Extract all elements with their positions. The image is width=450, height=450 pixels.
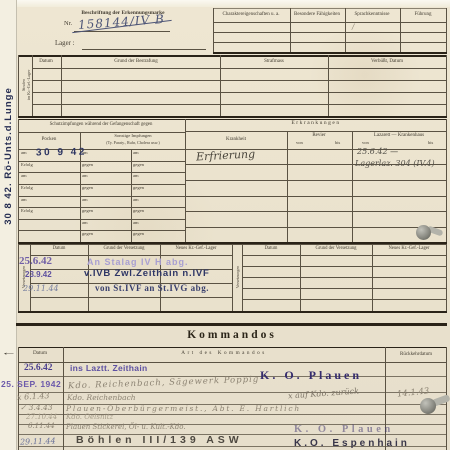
impf-cell-am: am <box>133 198 139 203</box>
versetz-l-header-grund: Grund der Versetzung <box>103 247 144 252</box>
rule <box>32 80 446 81</box>
strafen-side-label: Strafen im Kr.-Gef.-Lager <box>21 56 31 114</box>
kdo-header-datum: Datum <box>33 351 47 356</box>
kdo-row-stamp: K. O. Plauen <box>294 424 394 435</box>
rule <box>328 55 329 116</box>
rule <box>446 119 447 242</box>
versetz-r-header-neues: Neues Kr.-Gef.-Lager <box>389 247 430 252</box>
traits-header-sprachen: Sprachkenntnisse <box>355 12 390 17</box>
strafen-header-strafmass: Strafmass <box>264 59 284 64</box>
rule <box>400 8 401 52</box>
impf-cell-gegen: gegen <box>82 163 93 168</box>
rule <box>213 8 446 9</box>
fastener-pin <box>416 225 431 240</box>
rule <box>18 119 447 120</box>
kdo-row-text: Kdo. Reichenbach, Sägewerk Pöppig <box>68 375 260 392</box>
traits-header-charakter: Charaktereigenschaften u. a. <box>223 12 280 17</box>
kdo-row-text: ins Laztt. Zeithain <box>70 363 147 373</box>
rule <box>18 184 185 185</box>
kdo-row-text: Plauen Stickerei, Öl- u. Kult.-Kdo. <box>66 423 186 431</box>
erkr-entry-lazarett-1: 25.6.42 — <box>357 147 398 156</box>
impf-cell-am: am <box>82 174 88 179</box>
kdo-header-rueckkehr: Rückkehrdatum <box>400 352 432 357</box>
rule <box>213 22 446 23</box>
impf-cell-am: am <box>133 221 139 226</box>
erkr-entry-krankheit: Erfrierung <box>196 147 256 163</box>
impf-cell-am: am <box>21 174 27 179</box>
rule <box>300 244 301 311</box>
rule <box>213 52 447 54</box>
impf-cell-gegen: gegen <box>82 232 93 237</box>
top-edge <box>0 0 450 7</box>
rule <box>32 55 33 116</box>
impf-cell-am: am <box>133 174 139 179</box>
versetz-r-header-grund: Grund der Versetzung <box>315 247 356 252</box>
erkr-lazarett-von: von <box>362 141 369 146</box>
rule <box>32 104 446 105</box>
rule <box>213 32 446 33</box>
erkr-header-krankheit: Krankheit <box>226 137 246 142</box>
lager-label: Lager : <box>55 40 74 47</box>
erkr-revier-bis: bis <box>335 141 340 146</box>
kdo-row-text: Plauen-Oberbürgermeist., Abt. E. Hartlic… <box>66 404 301 413</box>
rule <box>220 55 221 116</box>
rule <box>242 244 243 311</box>
rule <box>18 230 185 231</box>
kdo-row-date: 25. SEP. 1942 <box>1 379 61 389</box>
pocken-date-stamp: 30 9 42 <box>36 147 87 159</box>
kdo-row-date: 6.11.44 <box>28 422 55 430</box>
rule <box>61 55 62 116</box>
impf-cell-gegen: gegen <box>133 209 144 214</box>
strafen-header-datum: Datum <box>39 59 53 64</box>
strafen-side-label-line2: im Kr.-Gef.-Lager <box>26 56 31 114</box>
versetz-l-header-neues: Neues Kr.-Gef.-Lager <box>176 247 217 252</box>
rule <box>18 207 185 208</box>
fastener-pin <box>420 398 436 414</box>
kdo-row-note: x auf Kdo. zurück <box>288 387 359 401</box>
rule <box>290 8 291 52</box>
rule <box>18 55 447 57</box>
rule <box>185 227 446 228</box>
kdo-row-text: Kdo. Reichenbach <box>67 393 136 402</box>
rule <box>18 196 185 197</box>
kdo-row-date: 25.6.42 <box>24 363 53 373</box>
versetz-entry-date: 29.11.44 <box>23 284 59 293</box>
versetzungen-side-label-right: Versetzungen <box>235 245 240 309</box>
rule <box>352 131 353 242</box>
rule <box>18 161 185 162</box>
kdo-header-art: Art des Kommandos <box>181 351 266 356</box>
rule <box>131 149 132 242</box>
rule <box>18 116 447 118</box>
rule <box>185 211 446 212</box>
impf-cell-am: am <box>21 198 27 203</box>
erkr-entry-lazarett-2: Lagerlaz. 304 (IV.4) <box>355 159 435 168</box>
versetz-l-header-datum: Datum <box>53 247 66 252</box>
impf-cell-gegen: gegen <box>133 163 144 168</box>
impf-cell-am: am <box>82 198 88 203</box>
rule <box>232 244 233 311</box>
impf-cell-erfolg: Erfolg <box>21 186 33 191</box>
rule <box>446 244 447 311</box>
impfungen-header-pocken: Pocken <box>42 137 57 142</box>
versetz-entry-text: v.IVB Zwl.Zeithain n.IVF <box>84 268 210 279</box>
rule <box>16 323 447 326</box>
rule <box>18 119 19 242</box>
impf-cell-am: am <box>133 151 139 156</box>
strafen-header-grund: Grund der Bestrafung <box>114 59 158 64</box>
impf-cell-am: am <box>21 151 27 156</box>
rule <box>242 288 446 289</box>
impf-cell-gegen: gegen <box>133 232 144 237</box>
kdo-row-date: 27.10.44 <box>26 413 57 421</box>
xray-side-stamp: 30 8 42. Rö-Unts.d.Lunge <box>3 60 14 252</box>
erkr-header-revier: Revier <box>312 133 325 138</box>
impf-cell-erfolg: Erfolg <box>21 163 33 168</box>
rule <box>30 255 232 256</box>
impfungen-header-sonstige-sub: (Ty. Paraty., Ruhr, Cholera usw.) <box>106 141 159 145</box>
erkrankungen-title: Erkrankungen <box>291 121 340 127</box>
kdo-row-date: ✓ 3.4.43 <box>20 403 53 412</box>
rule <box>185 180 446 181</box>
kdo-row-stamp: K.O. Espenhain <box>294 438 410 449</box>
versetz-entry-date: 25.6.42 <box>19 255 52 267</box>
rule <box>372 244 373 311</box>
rule <box>18 172 185 173</box>
rule <box>185 131 446 132</box>
sprachen-mark: / <box>352 23 354 31</box>
erkr-header-lazarett: Lazarett — Krankenhaus <box>374 133 424 138</box>
lager-underline <box>82 49 206 50</box>
strafen-header-verbuesst: Verbüßt, Datum <box>371 59 403 64</box>
versetz-entry-text: von St.IVF an St.IVG abg. <box>95 283 209 293</box>
rule <box>18 219 185 220</box>
rule <box>213 8 214 52</box>
rule <box>30 297 232 298</box>
traits-header-fuehrung: Führung <box>415 12 432 17</box>
rule <box>32 68 446 69</box>
rule <box>18 132 185 133</box>
impf-cell-gegen: gegen <box>133 186 144 191</box>
kdo-row-text: Kdo. Oelsnitz <box>66 413 113 421</box>
rule <box>242 299 446 300</box>
margin-arrow: ← <box>1 349 17 357</box>
kdo-row-text: Böhlen III/139 ASW <box>76 434 243 446</box>
impf-cell-erfolg: Erfolg <box>21 209 33 214</box>
kdo-row-stamp: K. O. Plauen <box>260 368 362 383</box>
rule <box>18 55 19 116</box>
versetz-entry-text: An Stalag IV H abg. <box>87 257 189 267</box>
pow-record-card: Beschriftung der Erkennungsmarke Nr. 158… <box>0 0 450 450</box>
rule <box>213 42 446 43</box>
rule <box>242 255 446 256</box>
kdo-row-date: 29.11.44 <box>20 436 56 446</box>
versetz-entry-date: 23.9.42 <box>25 270 52 279</box>
rule <box>32 92 446 93</box>
impf-cell-am: am <box>82 221 88 226</box>
impfungen-header-sonstige: Sonstige Impfungen <box>114 134 151 139</box>
rule <box>18 311 447 313</box>
versetz-r-header-datum: Datum <box>265 247 278 252</box>
erkr-lazarett-bis: bis <box>428 141 433 146</box>
rule <box>63 347 64 450</box>
rule <box>446 8 447 52</box>
erkr-revier-von: von <box>296 141 303 146</box>
impf-cell-gegen: gegen <box>82 209 93 214</box>
traits-header-faehigkeiten: Besondere Fähigkeiten <box>294 12 340 17</box>
nr-label: Nr. <box>64 21 72 28</box>
rule <box>18 347 447 348</box>
paper-stain <box>300 30 430 120</box>
rule <box>345 8 346 52</box>
impfungen-title: Schutzimpfungen während der Gefangenscha… <box>50 122 153 127</box>
kdo-row-date: x 6.1.43 <box>17 391 50 402</box>
rule <box>287 131 288 242</box>
rule <box>446 55 447 116</box>
impf-cell-gegen: gegen <box>82 186 93 191</box>
kommandos-title: Kommandos <box>187 329 277 341</box>
rule <box>242 266 446 267</box>
rule <box>242 277 446 278</box>
rule <box>185 196 446 197</box>
